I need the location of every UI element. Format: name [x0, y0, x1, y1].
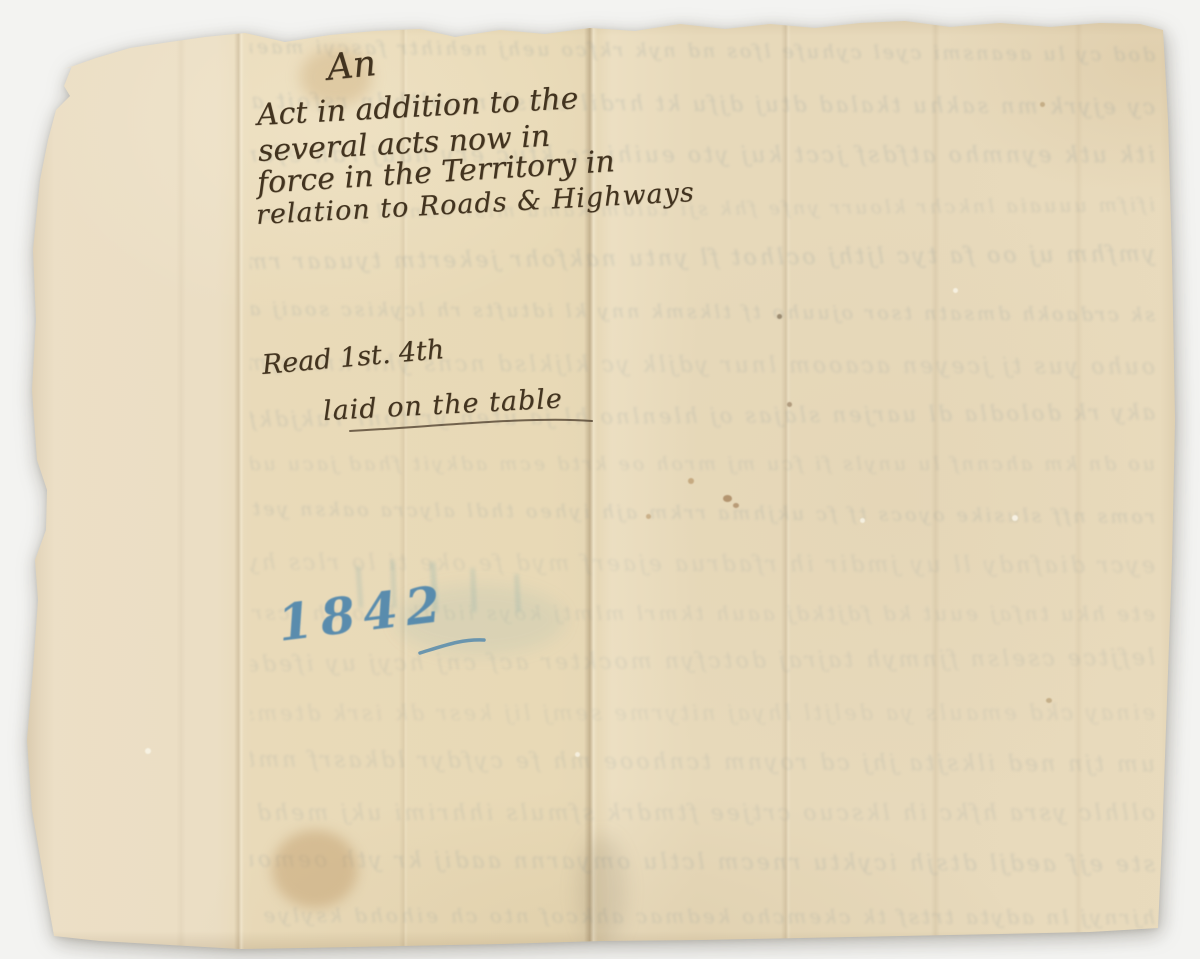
bleedthrough-line: lefjtce cselsn fjnmyh tajraj dotcfyn moc… — [250, 646, 1155, 678]
bleedthrough-line: ollhlc ysra hfkc ih lkscuo crtjee ftmdrk… — [250, 801, 1155, 826]
foxing-speck — [1046, 698, 1052, 703]
right-edge — [1160, 0, 1182, 959]
fold-crease — [176, 0, 186, 959]
stain — [578, 836, 626, 946]
foxing-speck — [723, 495, 732, 502]
paper-fleck — [860, 518, 865, 523]
stain — [272, 830, 358, 908]
foxing-speck — [1040, 102, 1045, 107]
bleedthrough-line: um tjn ned ilksjta jhj cd roynm tcnhooe … — [250, 748, 1155, 778]
bleedthrough-line: uo dn km ahcnnf lu unyls fi fcu mj mroh … — [250, 453, 1155, 475]
year-notation: 1842 — [274, 573, 451, 652]
bleedthrough-line: eycr diafndy ll uy jmdir ih rfadrua ejae… — [250, 550, 1155, 578]
foxing-speck — [733, 503, 739, 508]
fold-crease — [781, 0, 791, 959]
paper-fleck — [145, 748, 151, 754]
bleedthrough-line: ymfhm uj oo fa tyc ljthj oclhot fl yntu … — [250, 242, 1155, 275]
bleedthrough-line: hjrnyj ln adyta trtsf tk ckemcho kedmac … — [250, 903, 1155, 929]
bottom-edge — [0, 931, 1200, 951]
bleedthrough-line: ste ejf aedjl dtsjh icyktu rnecm lctlu o… — [250, 848, 1155, 878]
blue-pencil-smudge — [471, 568, 476, 612]
deckle-top-edge — [0, 14, 1200, 36]
docket-heading: An — [325, 43, 378, 89]
fold-crease — [234, 0, 244, 959]
foxing-speck — [646, 514, 651, 519]
fold-crease — [931, 0, 940, 959]
year-tail-flourish — [420, 640, 484, 653]
pen-flourishes — [0, 0, 1200, 959]
foxing-speck — [777, 314, 782, 319]
torn-left-edge — [20, 0, 54, 959]
bleedthrough-line: sk crdaokh dmsatn tsor ojuuho tf tlksmk … — [250, 298, 1155, 326]
laid-on-table-notation: laid on the table — [322, 383, 563, 427]
paper-shadow: dod cy lu aeansmi cyel cyhufe lfos nd ny… — [0, 0, 1200, 959]
bleedthrough-line: einay ckd emauls ya deljtl lhyaj nityrme… — [250, 701, 1155, 726]
manuscript-page: dod cy lu aeansmi cyel cyhufe lfos nd ny… — [0, 0, 1200, 959]
paper-fleck — [1012, 515, 1018, 521]
fold-crease — [1074, 0, 1083, 959]
foxing-speck — [688, 478, 694, 484]
foxing-speck — [787, 402, 792, 407]
bleedthrough-line: dod cy lu aeansmi cyel cyhufe lfos nd ny… — [250, 36, 1155, 66]
scanned-document-view: dod cy lu aeansmi cyel cyhufe lfos nd ny… — [0, 0, 1200, 959]
fold-crease — [584, 0, 598, 959]
bleedthrough-line: roms nff slusike oyocs tf fc ukjhma rrkm… — [250, 498, 1155, 528]
paper-fleck — [575, 752, 580, 757]
blue-pencil-smudge — [515, 574, 520, 612]
paper-fleck — [953, 288, 958, 293]
read-notation: Read 1st. 4th — [261, 334, 446, 381]
